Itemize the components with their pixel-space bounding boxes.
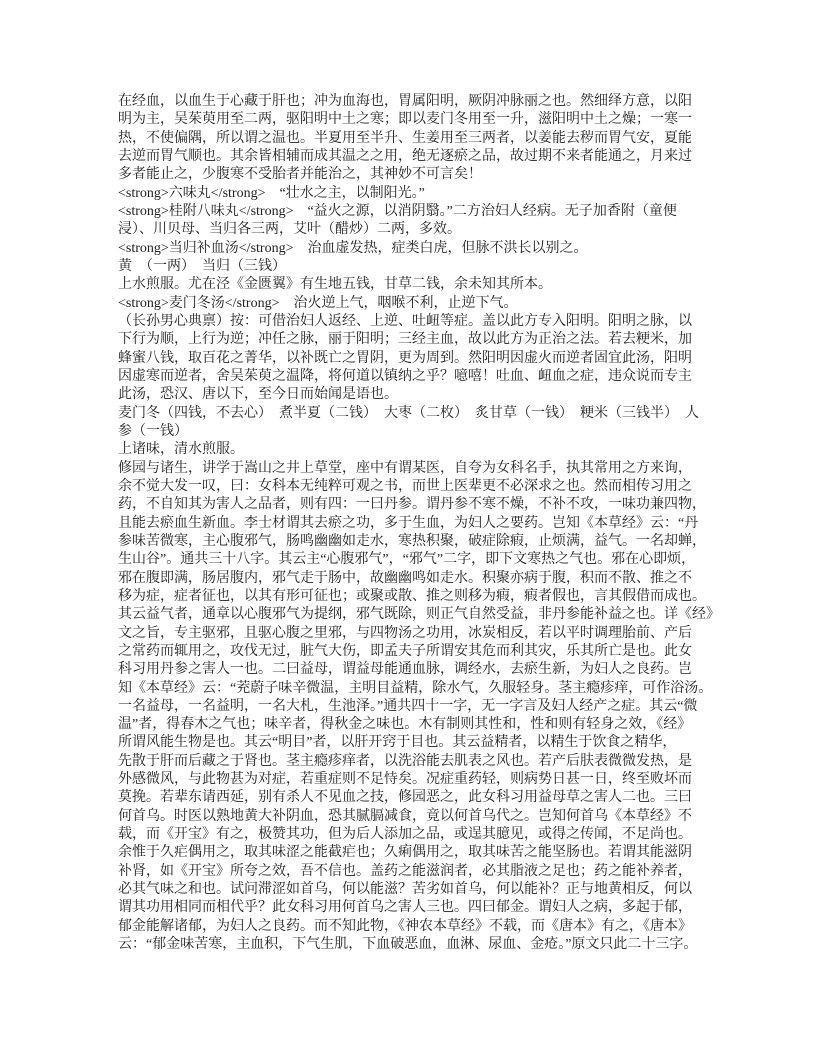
text-line-10: 黄 （一两） 当归（三钱） [118,258,704,276]
text-line-32: 科习用丹参之害人一也。二曰益母，谓益母能通血脉，调经水，去瘀生新，为妇人之良药。… [118,661,704,679]
text-line-39: 莫挽。若辈东请西延，别有杀人不见血之技，修园恶之，此女科习用益母草之害人二也。三… [118,789,704,807]
text-line-26: 生山谷”。通共三十八字。其云主“心腹邪气”，“邪气”二字，即下文寒热之气也。邪在… [118,551,704,569]
text-line-37: 先散于肝而后藏之于肾也。茎主瘾疹痒者，以洗浴能去肌表之风也。若产后肤表微微发热，… [118,753,704,771]
text-line-40: 何首乌。时医以熟地黄大补阴血，恐其腻膈减食，竟以何首乌代之。岂知何首乌《本草经》… [118,808,704,826]
text-line-44: 必其气味之和也。试问滞涩如首乌，何以能滋？苦劣如首乌，何以能补？正与地黄相反，何… [118,881,704,899]
text-line-14: 下行为顺，上行为逆；冲任之脉，丽于阳明；三经主血，故以此方为正治之法。若去粳米，… [118,331,704,349]
text-line-22: 余不觉大发一叹，曰：女科本无纯粹可观之书，而世上医辈更不必深求之也。然而相传习用… [118,478,704,496]
document-text-block: 在经血，以血生于心藏于肝也；冲为血海也，胃属阳明，厥阴冲脉丽之也。然细绎方意，以… [118,93,704,954]
text-line-4: 去逆而胃气顺也。其余皆相辅而成其温之之用，绝无逐瘀之品，故过期不来者能通之，月来… [118,148,704,166]
text-line-43: 补肾，如《开宝》所夸之效，吾不信也。盖药之能滋润者，必其脂液之足也；药之能补养者… [118,863,704,881]
text-line-28: 移为症，症者征也，以其有形可征也；或聚或散、推之则移为瘕，瘕者假也，言其假借而成… [118,588,704,606]
text-line-15: 蜂蜜八钱，取百花之菁华，以补既亡之胃阴，更为周到。然阳明因虚火而逆者固宜此汤，阳… [118,350,704,368]
text-line-38: 外感微风，与此物甚为对症，若重症则不足恃矣。况症重药轻，则病势日甚一日，终至败坏… [118,771,704,789]
text-line-6: <strong>六味丸</strong> “壮水之主，以制阳光。” [118,185,704,203]
text-line-35: 温”者，得春木之气也；味辛者，得秋金之味也。木有制则其性和，性和则有轻身之效，《… [118,716,704,734]
text-line-45: 谓其功用相同而相代乎？此女科习用何首乌之害人三也。四曰郁金。谓妇人之病，多起于郁… [118,899,704,917]
text-line-7: <strong>桂附八味丸</strong> “益火之源，以消阴翳。”二方治妇人… [118,203,704,221]
text-line-21: 修园与诸生，讲学于嵩山之井上草堂，座中有谓某医，自夸为女科名手，执其常用之方来询… [118,460,704,478]
text-line-31: 之常药而辄用之，攻伐无过，脏气大伤，即孟夫子所谓安其危而利其灾，乐其所亡是也。此… [118,643,704,661]
text-line-33: 知《本草经》云：“茺蔚子味辛微温，主明目益精，除水气，久服轻身。茎主瘾疹痒，可作… [118,680,704,698]
text-line-9: <strong>当归补血汤</strong> 治血虚发热，症类白虎，但脉不洪长以… [118,240,704,258]
text-line-30: 文之旨，专主驱邪，且驱心腹之里邪，与四物汤之功用，冰炭相反，若以平时调理胎前、产… [118,625,704,643]
text-line-18: 麦门冬（四钱，不去心） 煮半夏（二钱） 大枣（二枚） 炙甘草（一钱） 粳米（三钱… [118,405,704,423]
text-line-17: 此汤，恐汉、唐以下，至今日而始闻是语也。 [118,386,704,404]
document-page: 在经血，以血生于心藏于肝也；冲为血海也，胃属阳明，厥阴冲脉丽之也。然细绎方意，以… [0,0,816,1056]
text-line-42: 余惟于久疟偶用之，取其味涩之能截疟也；久痢偶用之，取其味苦之能坚肠也。若谓其能滋… [118,844,704,862]
text-line-47: 云：“郁金味苦寒，主血积，下气生肌，下血破恶血，血淋、尿血、金疮。”原文只此二十… [118,936,704,954]
text-line-8: 浸）、川贝母、当归各三两，艾叶（醋炒）二两，多效。 [118,221,704,239]
text-line-25: 参味苦微寒，主心腹邪气，肠鸣幽幽如走水，寒热积聚，破症除瘕，止烦满，益气。一名却… [118,533,704,551]
text-line-41: 载，而《开宝》有之，极赞其功，但为后人添加之品，或逞其臆见，或得之传闻，不足尚也… [118,826,704,844]
text-line-27: 邪在腹即满，肠居腹内，邪气走于肠中，故幽幽鸣如走水。积聚亦病于腹，积而不散、推之… [118,570,704,588]
text-line-29: 其云益气者，通章以心腹邪气为提纲，邪气既除，则正气自然受益，非丹参能补益之也。详… [118,606,704,624]
text-line-12: <strong>麦门冬汤</strong> 治火逆上气，咽喉不利，止逆下气。 [118,295,704,313]
text-line-46: 郁金能解诸郁，为妇人之良药。而不知此物，《神农本草经》不载，而《唐本》有之，《唐… [118,918,704,936]
text-line-3: 热，不使偏隅，所以谓之温也。半夏用至半升、生姜用至三两者，以姜能去秽而胃气安，夏… [118,130,704,148]
text-line-20: 上诸味，清水煎服。 [118,441,704,459]
text-line-24: 且能去瘀血生新血。李士材谓其去瘀之功，多于生血，为妇人之要药。岂知《本草经》云：… [118,515,704,533]
text-line-16: 因虚寒而逆者，舍吴茱萸之温降，将何道以镇纳之乎？噫嘻！吐血、衄血之症，违众说而专… [118,368,704,386]
text-line-1: 在经血，以血生于心藏于肝也；冲为血海也，胃属阳明，厥阴冲脉丽之也。然细绎方意，以… [118,93,704,111]
text-line-23: 药，不自知其为害人之品者，则有四：一曰丹参。谓丹参不寒不燥，不补不攻，一味功兼四… [118,496,704,514]
text-line-36: 所谓风能生物是也。其云“明目”者，以肝开窍于目也。其云益精者，以精生于饮食之精华… [118,734,704,752]
text-line-19: 参（一钱） [118,423,704,441]
text-line-34: 一名益母，一名益明，一名大札，生池泽。”通共四十一字，无一字言及妇人经产之症。其… [118,698,704,716]
text-line-2: 明为主，吴茱萸用至二两，驱阳明中土之寒；即以麦门冬用至一升，滋阳明中土之燥；一寒… [118,111,704,129]
text-line-11: 上水煎服。尤在泾《金匮翼》有生地五钱，甘草二钱，余未知其所本。 [118,276,704,294]
text-line-13: （长孙男心典禀）按：可借治妇人返经、上逆、吐衄等症。盖以此方专入阳明。阳明之脉，… [118,313,704,331]
text-line-5: 多者能止之，少腹寒不受胎者并能治之，其神妙不可言矣！ [118,166,704,184]
